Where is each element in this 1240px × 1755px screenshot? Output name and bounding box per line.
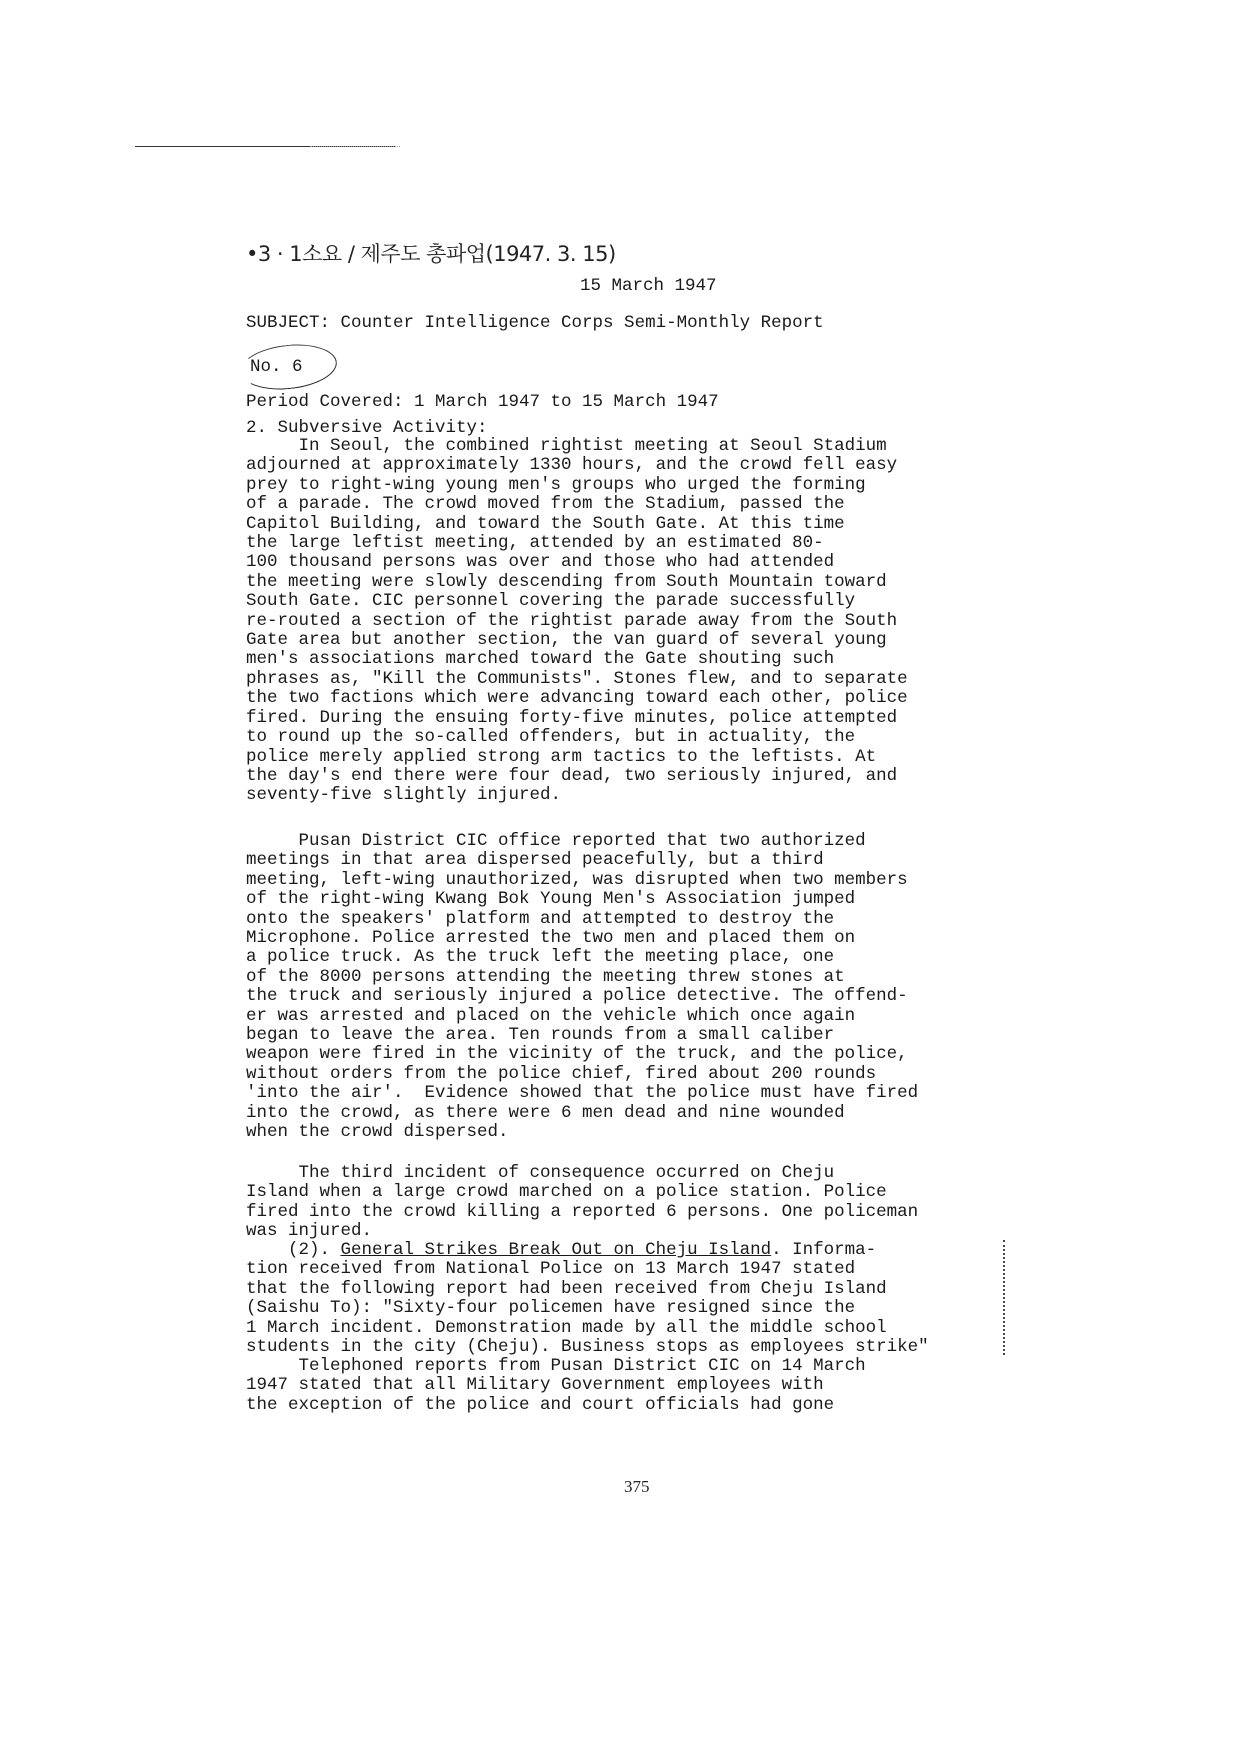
strikes-number: (2).: [246, 1240, 341, 1260]
report-number: No. 6: [250, 357, 303, 377]
page-number: 375: [624, 1477, 650, 1497]
margin-marks: [1003, 1240, 1008, 1355]
paragraph-seoul: In Seoul, the combined rightist meeting …: [246, 437, 1006, 806]
paragraph-cheju: The third incident of consequence occurr…: [246, 1164, 1006, 1242]
paragraph-strikes: (2). General Strikes Break Out on Cheju …: [246, 1241, 1006, 1357]
paragraph-pusan: Pusan District CIC office reported that …: [246, 832, 1006, 1143]
section-title: 2. Subversive Activity:: [246, 418, 488, 438]
report-date: 15 March 1947: [580, 276, 717, 296]
period-covered: Period Covered: 1 March 1947 to 15 March…: [246, 392, 719, 412]
strikes-first-line: . Informa-: [771, 1240, 876, 1260]
strikes-body: tion received from National Police on 13…: [246, 1259, 929, 1357]
paragraph-telephoned: Telephoned reports from Pusan District C…: [246, 1357, 1006, 1415]
document-page: •3 · 1소요 / 제주도 총파업(1947. 3. 15) 15 March…: [0, 0, 1240, 1755]
strikes-heading: General Strikes Break Out on Cheju Islan…: [341, 1240, 772, 1260]
korean-section-header: •3 · 1소요 / 제주도 총파업(1947. 3. 15): [246, 238, 616, 268]
top-rule-faint-divider: [310, 146, 400, 147]
report-subject: SUBJECT: Counter Intelligence Corps Semi…: [246, 313, 824, 333]
